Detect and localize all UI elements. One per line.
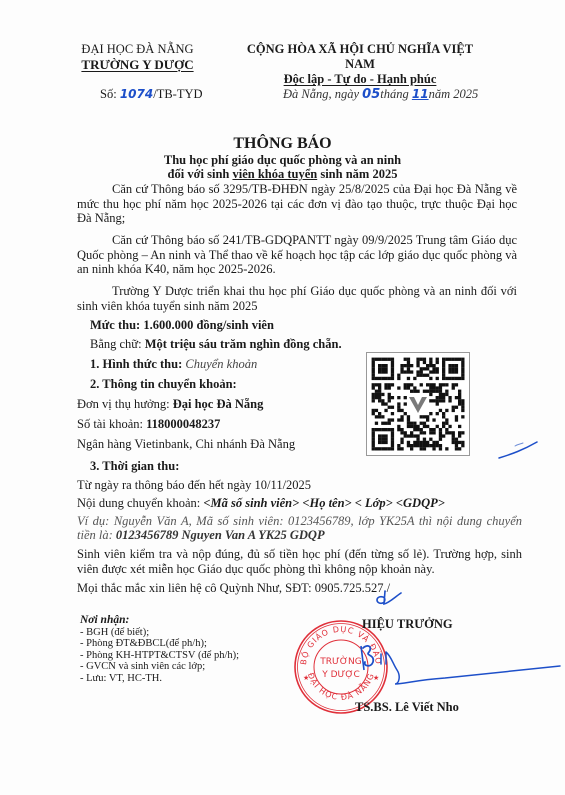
fee-in-words: Bằng chữ: Một triệu sáu trăm nghìn đồng … [90, 337, 342, 352]
payment-method-label: 1. Hình thức thu: [90, 357, 185, 371]
bank-name: Ngân hàng Vietinbank, Chi nhánh Đà Nẵng [77, 437, 295, 452]
fee-words-value: Một triệu sáu trăm nghìn đồng chẵn. [145, 337, 342, 351]
principal-signature-icon [355, 640, 565, 690]
country-name: CỘNG HÒA XÃ HỘI CHỦ NGHĨA VIỆT NAM [235, 42, 485, 72]
basis-paragraph-2: Căn cứ Thông báo số 241/TB-GDQPANTT ngày… [77, 233, 517, 277]
school-name: TRƯỜNG Y DƯỢC [70, 57, 205, 72]
date-mid: tháng [380, 87, 412, 101]
recipient-item: - Phòng KH-HTPT&CTSV (để ph/h); [80, 650, 239, 662]
national-motto-block: CỘNG HÒA XÃ HỘI CHỦ NGHĨA VIỆT NAM Độc l… [235, 42, 485, 87]
announcement-paragraph: Trường Y Dược triển khai thu học phí Giá… [77, 284, 517, 313]
document-date: Đà Nẵng, ngày 05tháng 11năm 2025 [283, 87, 478, 102]
date-suffix: năm 2025 [429, 87, 479, 101]
beneficiary: Đơn vị thụ hưởng: Đại học Đà Nẵng [77, 397, 263, 412]
payment-method-value: Chuyển khoản [185, 357, 257, 371]
contact-line: Mọi thắc mắc xin liên hệ cô Quỳnh Như, S… [77, 581, 390, 596]
transfer-content: Nội dung chuyển khoản: <Mã số sinh viên>… [77, 496, 445, 511]
university-name: ĐẠI HỌC ĐÀ NẴNG [70, 42, 205, 57]
handwritten-day: 05 [362, 87, 380, 102]
subtitle-line2: đối với sinh viên khóa tuyển sinh năm 20… [0, 167, 565, 181]
margin-signature-icon [497, 436, 542, 464]
beneficiary-label: Đơn vị thụ hưởng: [77, 397, 173, 411]
subtitle-pre: đối với sinh [168, 167, 233, 181]
recipient-item: - BGH (để biết); [80, 627, 239, 639]
document-subtitle: Thu học phí giáo dục quốc phòng và an ni… [0, 153, 565, 181]
initial-signature-icon [373, 589, 405, 609]
fee-words-label: Bằng chữ: [90, 337, 145, 351]
beneficiary-value: Đại học Đà Nẵng [173, 397, 264, 411]
signer-name: TS.BS. Lê Viết Nho [355, 700, 459, 715]
number-suffix: /TB-TYD [153, 87, 202, 101]
transfer-example: Ví dụ: Nguyễn Văn A, Mã số sinh viên: 01… [77, 514, 522, 542]
recipients-list: Nơi nhận: - BGH (để biết); - Phòng ĐT&ĐB… [80, 615, 239, 684]
transfer-info-heading: 2. Thông tin chuyển khoản: [90, 377, 237, 392]
signer-title: HIỆU TRƯỞNG [362, 617, 453, 632]
svg-text:Y DƯỢC: Y DƯỢC [321, 670, 360, 680]
recipient-item: - GVCN và sinh viên các lớp; [80, 661, 239, 673]
collection-time-heading: 3. Thời gian thu: [90, 459, 179, 474]
account-value: 118000048237 [146, 417, 220, 431]
fee-amount: Mức thu: 1.600.000 đồng/sinh viên [90, 318, 274, 333]
account-number: Số tài khoản: 118000048237 [77, 417, 220, 432]
recipient-item: - Phòng ĐT&ĐBCL(để ph/h); [80, 638, 239, 650]
transfer-content-value: <Mã số sinh viên> <Họ tên> < Lớp> <GDQP> [203, 496, 444, 510]
subtitle-line1: Thu học phí giáo dục quốc phòng và an ni… [0, 153, 565, 167]
document-title: THÔNG BÁO [0, 135, 565, 153]
motto: Độc lập - Tự do - Hạnh phúc [235, 72, 485, 87]
date-prefix: Đà Nẵng, ngày [283, 87, 362, 101]
payment-method: 1. Hình thức thu: Chuyển khoản [90, 357, 257, 372]
number-prefix: Số: [100, 87, 120, 101]
issuer-block: ĐẠI HỌC ĐÀ NẴNG TRƯỜNG Y DƯỢC [70, 42, 205, 72]
subtitle-underlined: viên khóa tuyển [232, 167, 317, 181]
recipient-item: - Lưu: VT, HC-TH. [80, 673, 239, 685]
notice-paragraph: Sinh viên kiểm tra và nộp đúng, đủ số ti… [77, 547, 522, 576]
document-number: Số: 1074/TB-TYD [100, 87, 203, 102]
collection-period: Từ ngày ra thông báo đến hết ngày 10/11/… [77, 478, 311, 493]
subtitle-post: sinh năm 2025 [317, 167, 397, 181]
qr-code-icon [366, 352, 470, 456]
basis-paragraph-1: Căn cứ Thông báo số 3295/TB-ĐHĐN ngày 25… [77, 182, 517, 226]
example-value: 0123456789 Nguyen Van A YK25 GDQP [116, 528, 325, 542]
transfer-content-label: Nội dung chuyển khoản: [77, 496, 203, 510]
handwritten-number: 1074 [120, 87, 153, 101]
account-label: Số tài khoản: [77, 417, 146, 431]
svg-text:★: ★ [303, 674, 309, 682]
handwritten-month: 11 [412, 87, 429, 101]
recipients-heading: Nơi nhận: [80, 615, 239, 627]
